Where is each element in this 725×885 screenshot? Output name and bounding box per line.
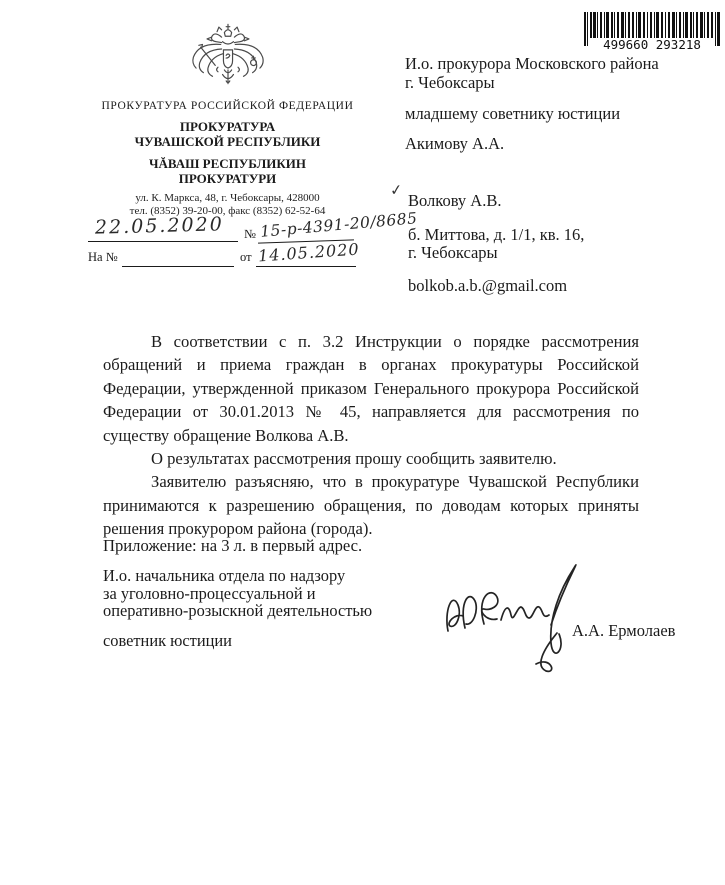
letterhead-contacts: ул. К. Маркса, 48, г. Чебоксары, 428000 … xyxy=(85,192,370,218)
recipient-secondary-email: bolkob.a.b.@gmail.com xyxy=(408,277,584,296)
recipient-primary-line2: г. Чебоксары xyxy=(405,74,659,93)
recipient-secondary-name: Волкову А.В. xyxy=(408,192,584,211)
org-name-cv-line2: ПРОКУРАТУРИ xyxy=(85,171,370,186)
recipient-secondary-address1: б. Миттова, д. 1/1, кв. 16, xyxy=(408,226,584,245)
signer-position-line1: И.о. начальника отдела по надзору xyxy=(103,567,372,585)
incoming-number-label: На № xyxy=(88,250,118,265)
org-name-ru-line1: ПРОКУРАТУРА xyxy=(85,119,370,134)
org-name-cv-line1: ЧĂВАШ РЕСПУБЛИКИН xyxy=(85,156,370,171)
number-sign-label: № xyxy=(244,227,256,242)
signer-position-line3: оперативно-розыскной деятельностью xyxy=(103,602,372,620)
org-name-ru: ПРОКУРАТУРА ЧУВАШСКОЙ РЕСПУБЛИКИ xyxy=(85,119,370,149)
attachment-note: Приложение: на 3 л. в первый адрес. xyxy=(103,536,362,556)
org-name-ru-line2: ЧУВАШСКОЙ РЕСПУБЛИКИ xyxy=(85,134,370,149)
recipient-primary-name: Акимову А.А. xyxy=(405,135,659,154)
checkmark-annotation: ✓ xyxy=(389,180,403,199)
signer-position: И.о. начальника отдела по надзору за уго… xyxy=(103,567,372,620)
letterhead: ПРОКУРАТУРА РОССИЙСКОЙ ФЕДЕРАЦИИ ПРОКУРА… xyxy=(85,22,370,218)
from-label: от xyxy=(240,250,252,265)
date-blank-line xyxy=(88,241,238,242)
recipient-secondary-address2: г. Чебоксары xyxy=(408,244,584,263)
recipient-secondary: Волкову А.В. б. Миттова, д. 1/1, кв. 16,… xyxy=(408,192,584,295)
body-paragraph-1: В соответствии с п. 3.2 Инструкции о пор… xyxy=(103,330,639,447)
double-headed-eagle-emblem-icon xyxy=(187,22,269,96)
recipient-primary-rank: младшему советнику юстиции xyxy=(405,105,659,124)
recipient-primary: И.о. прокурора Московского района г. Чеб… xyxy=(405,55,659,153)
document-page: 499660 293218 xyxy=(0,0,725,885)
recipient-primary-line1: И.о. прокурора Московского района xyxy=(405,55,659,74)
letter-body: В соответствии с п. 3.2 Инструкции о пор… xyxy=(103,330,639,541)
barcode: 499660 293218 xyxy=(584,12,724,54)
ean13-barcode-icon: 499660 293218 xyxy=(584,12,724,54)
body-paragraph-2: О результатах рассмотрения прошу сообщит… xyxy=(103,447,639,470)
outgoing-date-handwritten: 22.05.2020 xyxy=(95,213,224,238)
incoming-number-blank-line xyxy=(122,266,234,267)
signer-rank: советник юстиции xyxy=(103,631,232,651)
org-name-chuvash: ЧĂВАШ РЕСПУБЛИКИН ПРОКУРАТУРИ xyxy=(85,156,370,186)
letterhead-address: ул. К. Маркса, 48, г. Чебоксары, 428000 xyxy=(85,192,370,205)
signer-name: А.А. Ермолаев xyxy=(572,621,675,641)
incoming-date-handwritten: 14.05.2020 xyxy=(257,239,360,265)
handwritten-signature-icon xyxy=(438,553,588,678)
signer-position-line2: за уголовно-процессуальной и xyxy=(103,585,372,603)
body-paragraph-3: Заявителю разъясняю, что в прокуратуре Ч… xyxy=(103,470,639,540)
federation-line: ПРОКУРАТУРА РОССИЙСКОЙ ФЕДЕРАЦИИ xyxy=(85,100,370,112)
barcode-digits: 499660 293218 xyxy=(603,37,701,52)
incoming-date-blank-line xyxy=(256,266,356,267)
